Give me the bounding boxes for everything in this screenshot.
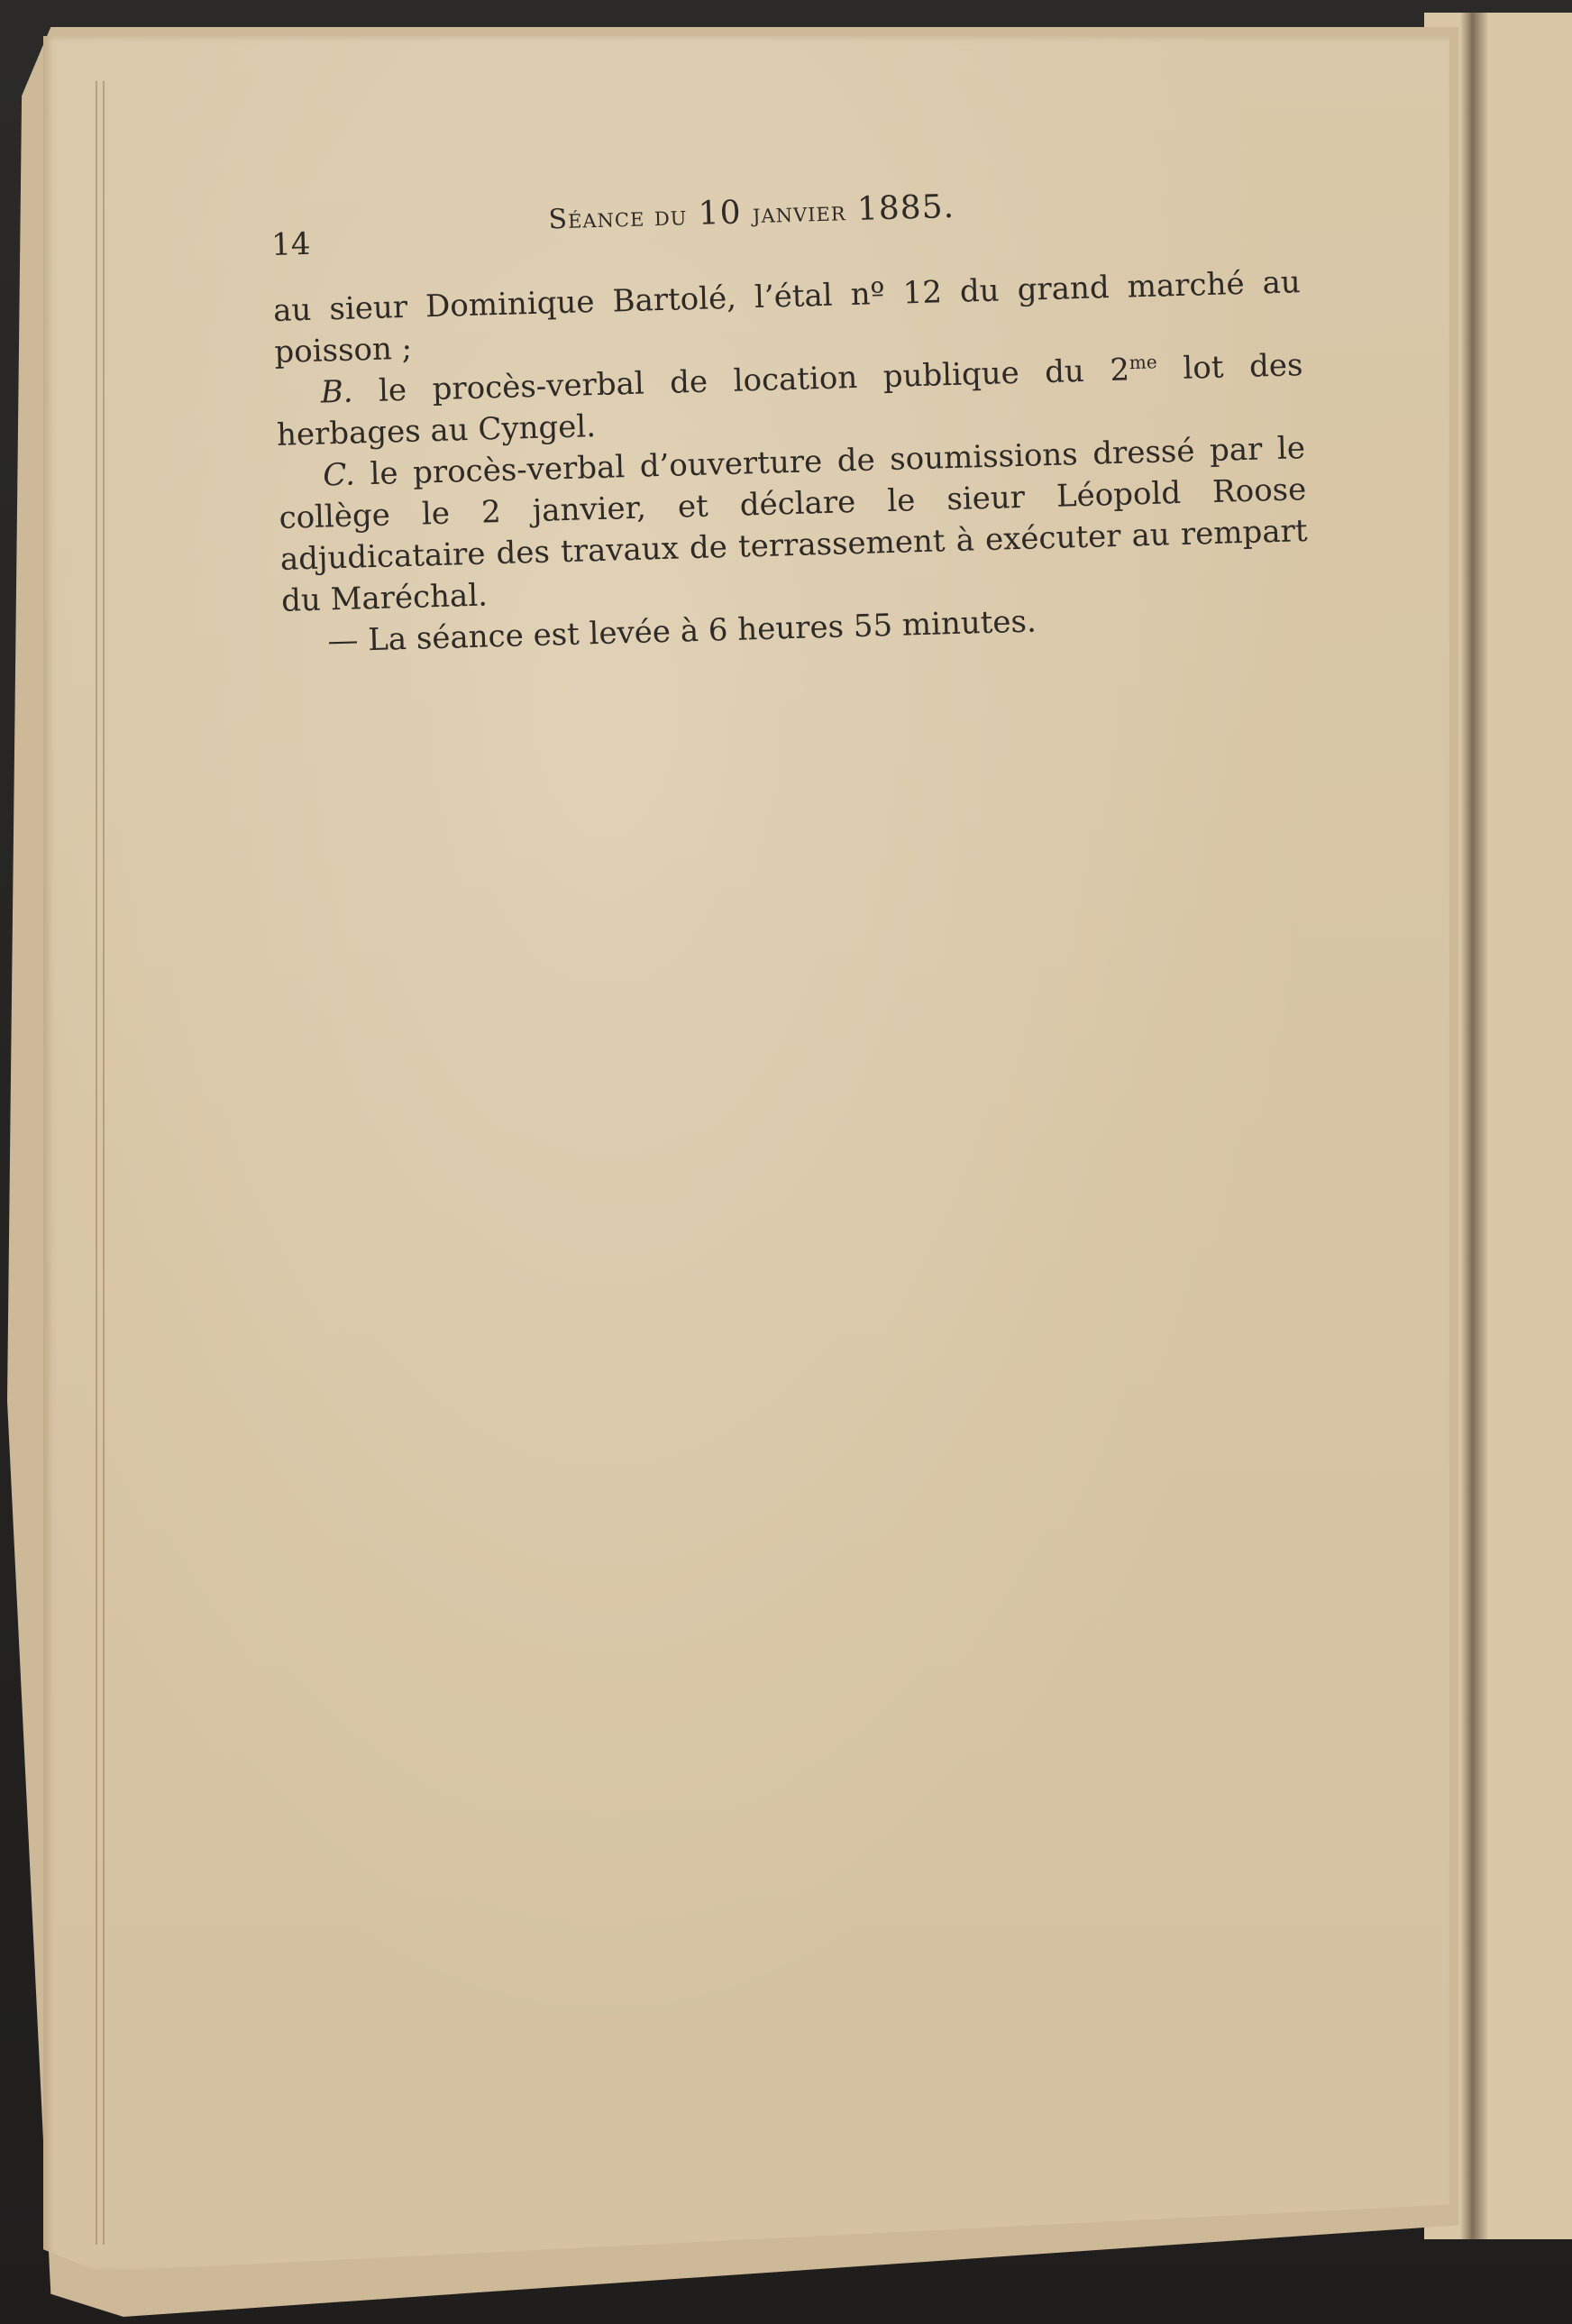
item-c-text: le procès-verbal d’ouverture de soumissi… bbox=[279, 430, 1308, 619]
gutter-shadow bbox=[1460, 13, 1487, 2239]
superscript-me: me bbox=[1129, 351, 1157, 373]
page-edge-line bbox=[96, 81, 97, 2245]
page-text-block: 14 Séance du 10 janvier 1885. au sieur D… bbox=[270, 178, 1347, 663]
running-head-prefix: Séance du bbox=[548, 200, 688, 235]
scanned-book-scene: 14 Séance du 10 janvier 1885. au sieur D… bbox=[0, 0, 1572, 2324]
page-edge-line bbox=[103, 81, 105, 2245]
running-head-month: janvier bbox=[753, 196, 846, 230]
paragraph-item-c: C. le procès-verbal d’ouverture de soumi… bbox=[278, 427, 1310, 622]
running-head-day: 10 bbox=[698, 194, 742, 232]
running-head-year: 1885. bbox=[856, 188, 955, 228]
body-text: au sieur Dominique Bartolé, l’étal nº 12… bbox=[273, 261, 1311, 663]
item-label-b: B. bbox=[320, 374, 353, 411]
item-label-c: C. bbox=[323, 457, 356, 494]
page-number: 14 bbox=[271, 226, 311, 263]
